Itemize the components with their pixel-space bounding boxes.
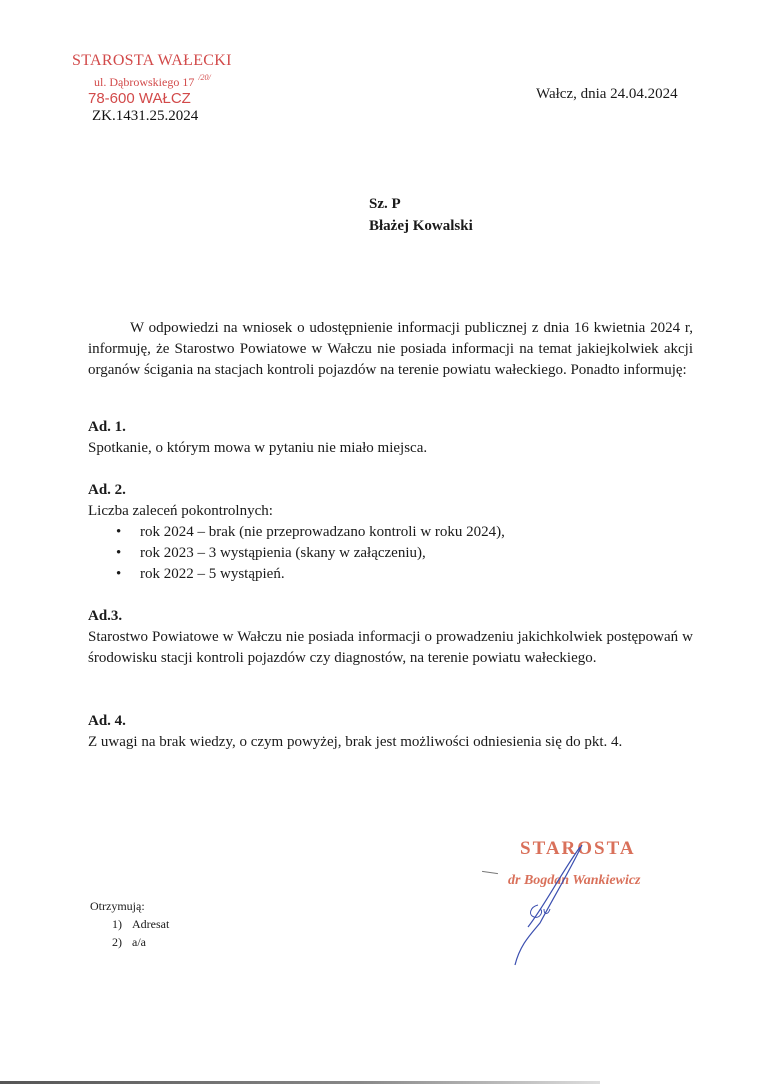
list-item: 1)Adresat xyxy=(90,915,169,933)
list-item: rok 2023 – 3 wystąpienia (skany w załącz… xyxy=(140,543,693,564)
section-ad-2: Ad. 2. Liczba zaleceń pokontrolnych: rok… xyxy=(88,480,693,585)
office-stamp-city: 78-600 WAŁCZ xyxy=(88,90,191,107)
section-heading: Ad. 4. xyxy=(88,711,693,732)
recipients-block: Otrzymują: 1)Adresat 2)a/a xyxy=(90,897,169,951)
section-ad-3: Ad.3. Starostwo Powiatowe w Wałczu nie p… xyxy=(88,606,693,669)
office-stamp-title: STAROSTA WAŁECKI xyxy=(72,52,232,70)
recommendations-list: rok 2024 – brak (nie przeprowadzano kont… xyxy=(88,522,693,585)
section-text: Z uwagi na brak wiedzy, o czym powyżej, … xyxy=(88,732,693,753)
addressee-block: Sz. P Błażej Kowalski xyxy=(369,193,473,237)
addressee-salutation: Sz. P xyxy=(369,193,473,215)
street-sup: /20/ xyxy=(198,73,210,82)
reference-number: ZK.1431.25.2024 xyxy=(92,108,198,125)
street-text: ul. Dąbrowskiego 17 xyxy=(94,75,194,89)
handwritten-signature-icon xyxy=(500,835,640,970)
section-text: Starostwo Powiatowe w Wałczu nie posiada… xyxy=(88,627,693,669)
addressee-name: Błażej Kowalski xyxy=(369,215,473,237)
office-stamp-street: ul. Dąbrowskiego 17/20/ xyxy=(94,75,211,90)
section-text: Liczba zaleceń pokontrolnych: xyxy=(88,501,693,522)
recipients-list: 1)Adresat 2)a/a xyxy=(90,915,169,951)
list-item: 2)a/a xyxy=(90,933,169,951)
section-heading: Ad. 1. xyxy=(88,417,693,438)
section-heading: Ad. 2. xyxy=(88,480,693,501)
scan-edge-divider xyxy=(0,1081,600,1084)
recipients-label: Otrzymują: xyxy=(90,897,169,915)
section-ad-4: Ad. 4. Z uwagi na brak wiedzy, o czym po… xyxy=(88,711,693,753)
list-item: rok 2022 – 5 wystąpień. xyxy=(140,564,693,585)
signature-dash xyxy=(482,871,498,874)
section-text: Spotkanie, o którym mowa w pytaniu nie m… xyxy=(88,438,693,459)
intro-paragraph: W odpowiedzi na wniosek o udostępnienie … xyxy=(88,318,693,381)
place-date: Wałcz, dnia 24.04.2024 xyxy=(536,86,678,103)
list-item: rok 2024 – brak (nie przeprowadzano kont… xyxy=(140,522,693,543)
section-heading: Ad.3. xyxy=(88,606,693,627)
section-ad-1: Ad. 1. Spotkanie, o którym mowa w pytani… xyxy=(88,417,693,459)
